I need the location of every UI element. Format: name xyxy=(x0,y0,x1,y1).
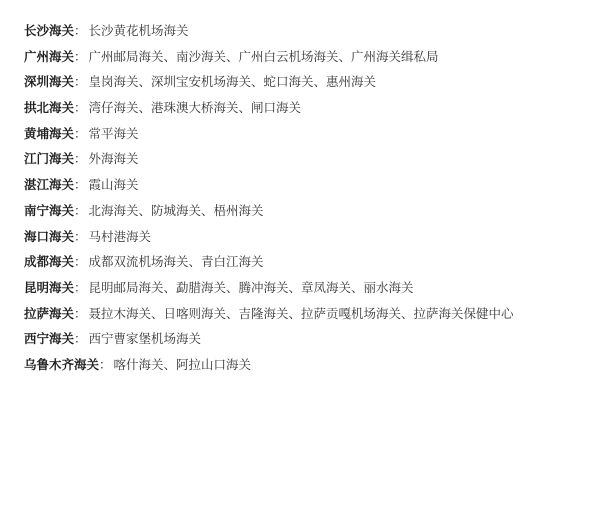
separator: ： xyxy=(74,305,87,323)
separator: ： xyxy=(74,22,87,40)
customs-offices: 马村港海关 xyxy=(89,228,152,246)
customs-district-label: 拉萨海关 xyxy=(24,305,74,323)
customs-offices: 北海海关、防城海关、梧州海关 xyxy=(89,202,264,220)
customs-district-label: 南宁海关 xyxy=(24,202,74,220)
separator: ： xyxy=(74,253,87,271)
customs-district-label: 长沙海关 xyxy=(24,22,74,40)
customs-offices: 成都双流机场海关、青白江海关 xyxy=(89,253,264,271)
list-item: 拉萨海关：聂拉木海关、日喀则海关、吉隆海关、拉萨贡嘎机场海关、拉萨海关保健中心 xyxy=(24,305,514,331)
customs-district-label: 昆明海关 xyxy=(24,279,74,297)
customs-district-label: 广州海关 xyxy=(24,48,74,66)
customs-offices: 外海海关 xyxy=(89,150,139,168)
customs-offices: 皇岗海关、深圳宝安机场海关、蛇口海关、惠州海关 xyxy=(89,73,377,91)
customs-offices: 长沙黄花机场海关 xyxy=(89,22,189,40)
list-item: 黄埔海关：常平海关 xyxy=(24,125,514,151)
customs-offices: 昆明邮局海关、勐腊海关、腾冲海关、章凤海关、丽水海关 xyxy=(89,279,414,297)
customs-district-label: 湛江海关 xyxy=(24,176,74,194)
separator: ： xyxy=(74,279,87,297)
customs-offices: 湾仔海关、港珠澳大桥海关、闸口海关 xyxy=(89,99,302,117)
list-item: 广州海关：广州邮局海关、南沙海关、广州白云机场海关、广州海关缉私局 xyxy=(24,48,514,74)
list-item: 长沙海关：长沙黄花机场海关 xyxy=(24,22,514,48)
list-item: 昆明海关：昆明邮局海关、勐腊海关、腾冲海关、章凤海关、丽水海关 xyxy=(24,279,514,305)
separator: ： xyxy=(99,356,112,374)
customs-offices: 喀什海关、阿拉山口海关 xyxy=(114,356,252,374)
list-item: 西宁海关：西宁曹家堡机场海关 xyxy=(24,330,514,356)
separator: ： xyxy=(74,48,87,66)
separator: ： xyxy=(74,228,87,246)
separator: ： xyxy=(74,99,87,117)
customs-district-label: 拱北海关 xyxy=(24,99,74,117)
customs-offices: 常平海关 xyxy=(89,125,139,143)
customs-district-label: 西宁海关 xyxy=(24,330,74,348)
list-item: 乌鲁木齐海关：喀什海关、阿拉山口海关 xyxy=(24,356,514,382)
separator: ： xyxy=(74,330,87,348)
customs-district-label: 成都海关 xyxy=(24,253,74,271)
customs-list: 长沙海关：长沙黄花机场海关 广州海关：广州邮局海关、南沙海关、广州白云机场海关、… xyxy=(24,22,514,382)
list-item: 拱北海关：湾仔海关、港珠澳大桥海关、闸口海关 xyxy=(24,99,514,125)
list-item: 海口海关：马村港海关 xyxy=(24,228,514,254)
customs-district-label: 深圳海关 xyxy=(24,73,74,91)
list-item: 深圳海关：皇岗海关、深圳宝安机场海关、蛇口海关、惠州海关 xyxy=(24,73,514,99)
customs-district-label: 乌鲁木齐海关 xyxy=(24,356,99,374)
separator: ： xyxy=(74,125,87,143)
separator: ： xyxy=(74,150,87,168)
customs-offices: 西宁曹家堡机场海关 xyxy=(89,330,202,348)
separator: ： xyxy=(74,73,87,91)
list-item: 江门海关：外海海关 xyxy=(24,150,514,176)
customs-offices: 广州邮局海关、南沙海关、广州白云机场海关、广州海关缉私局 xyxy=(89,48,439,66)
separator: ： xyxy=(74,176,87,194)
list-item: 湛江海关：霞山海关 xyxy=(24,176,514,202)
customs-district-label: 黄埔海关 xyxy=(24,125,74,143)
list-item: 南宁海关：北海海关、防城海关、梧州海关 xyxy=(24,202,514,228)
customs-offices: 聂拉木海关、日喀则海关、吉隆海关、拉萨贡嘎机场海关、拉萨海关保健中心 xyxy=(89,305,514,323)
list-item: 成都海关：成都双流机场海关、青白江海关 xyxy=(24,253,514,279)
separator: ： xyxy=(74,202,87,220)
customs-district-label: 江门海关 xyxy=(24,150,74,168)
customs-district-label: 海口海关 xyxy=(24,228,74,246)
customs-offices: 霞山海关 xyxy=(89,176,139,194)
